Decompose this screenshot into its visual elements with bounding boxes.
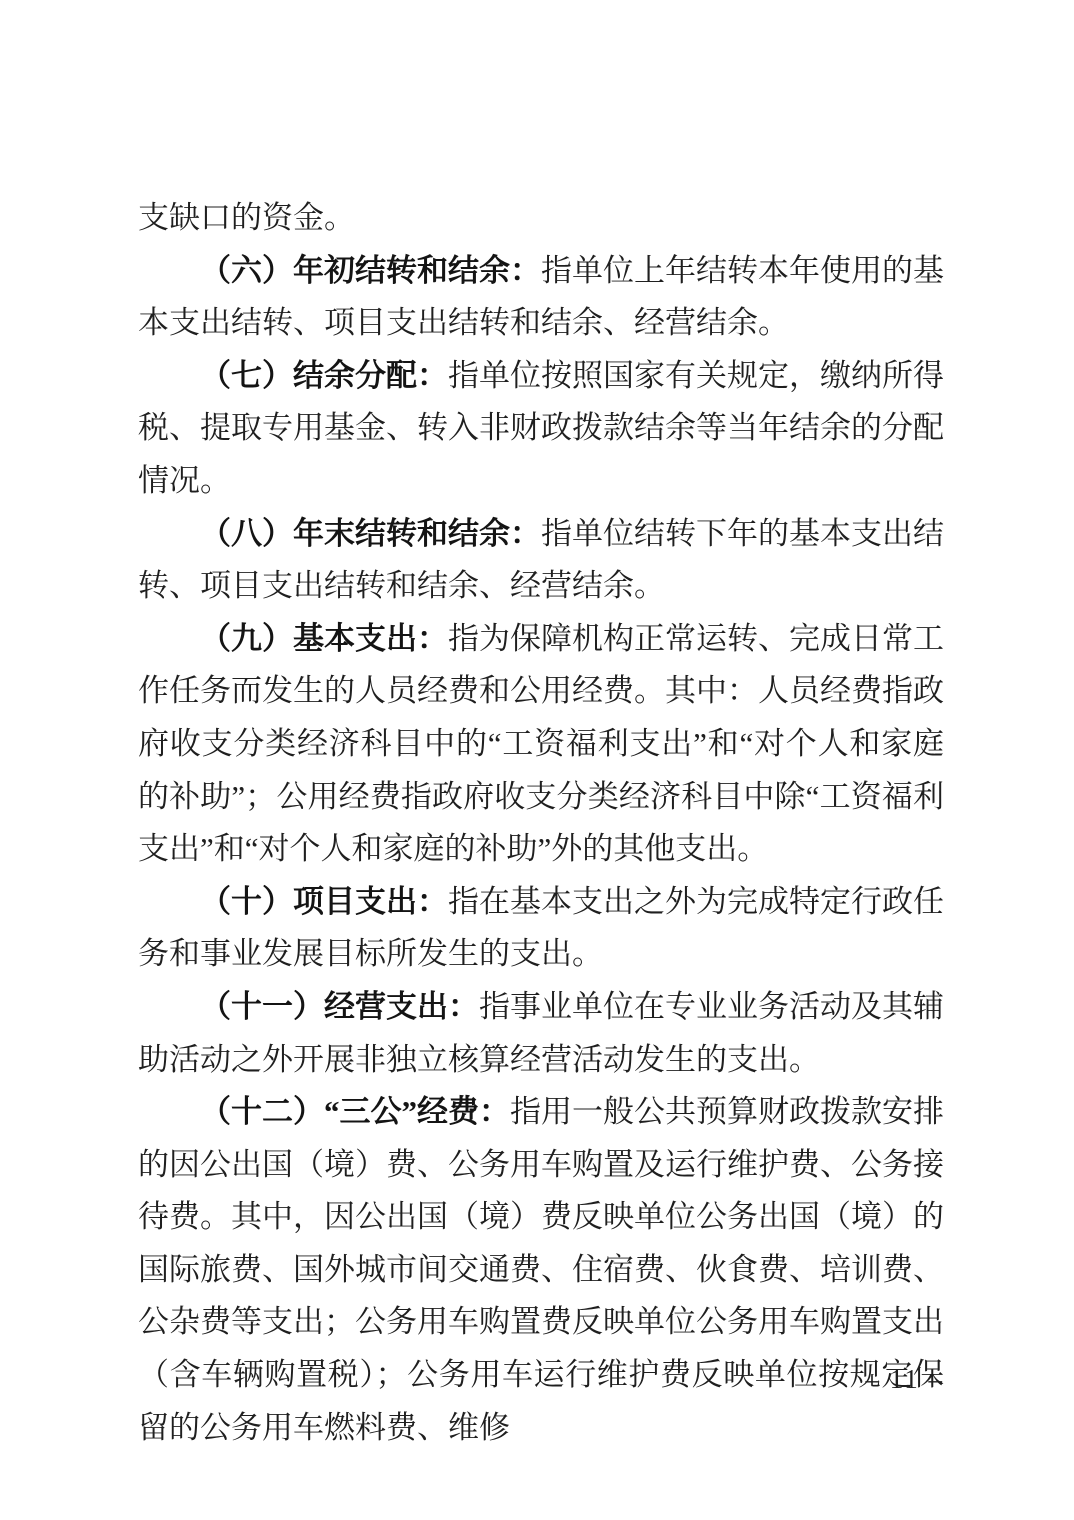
continuation-text: 支缺口的资金。 <box>138 200 355 235</box>
term-definition: 指用一般公共预算财政拨款安排的因公出国（境）费、公务用车购置及运行维护费、公务接… <box>138 1094 944 1445</box>
term-label: （六）年初结转和结余： <box>200 253 541 288</box>
term-definition: 指为保障机构正常运转、完成日常工作任务而发生的人员经费和公用经费。其中：人员经费… <box>138 621 944 866</box>
page-number: – 11 – <box>866 1362 945 1396</box>
paragraph-item-8: （八）年末结转和结余：指单位结转下年的基本支出结转、项目支出结转和结余、经营结余… <box>138 508 944 613</box>
paragraph-item-11: （十一）经营支出：指事业单位在专业业务活动及其辅助活动之外开展非独立核算经营活动… <box>138 981 944 1086</box>
document-page: 支缺口的资金。 （六）年初结转和结余：指单位上年结转本年使用的基本支出结转、项目… <box>0 0 1074 1520</box>
document-body: 支缺口的资金。 （六）年初结转和结余：指单位上年结转本年使用的基本支出结转、项目… <box>138 192 944 1454</box>
paragraph-item-9: （九）基本支出：指为保障机构正常运转、完成日常工作任务而发生的人员经费和公用经费… <box>138 613 944 876</box>
term-label: （九）基本支出： <box>200 621 448 656</box>
term-label: （八）年末结转和结余： <box>200 516 541 551</box>
paragraph-item-12: （十二）“三公”经费：指用一般公共预算财政拨款安排的因公出国（境）费、公务用车购… <box>138 1086 944 1454</box>
term-label: （十二）“三公”经费： <box>200 1094 510 1129</box>
term-label: （十一）经营支出： <box>200 989 479 1024</box>
paragraph-item-6: （六）年初结转和结余：指单位上年结转本年使用的基本支出结转、项目支出结转和结余、… <box>138 245 944 350</box>
term-label: （七）结余分配： <box>200 358 448 393</box>
paragraph-item-10: （十）项目支出：指在基本支出之外为完成特定行政任务和事业发展目标所发生的支出。 <box>138 876 944 981</box>
paragraph-continuation: 支缺口的资金。 <box>138 192 944 245</box>
paragraph-item-7: （七）结余分配：指单位按照国家有关规定，缴纳所得税、提取专用基金、转入非财政拨款… <box>138 350 944 508</box>
term-label: （十）项目支出： <box>200 884 448 919</box>
